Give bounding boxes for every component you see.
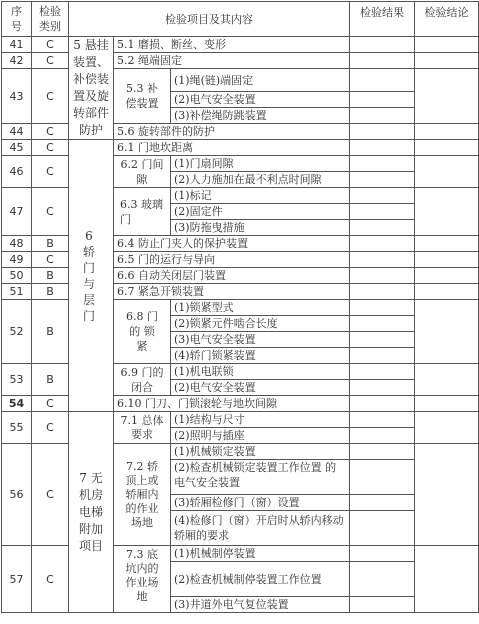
- seq-cell: 55: [2, 412, 32, 444]
- result-cell[interactable]: [350, 268, 415, 284]
- sub-item-cell: 5.3 补偿装置: [114, 69, 171, 124]
- result-cell[interactable]: [350, 460, 415, 495]
- conclusion-cell[interactable]: [415, 140, 479, 156]
- result-cell[interactable]: [350, 53, 415, 69]
- sub-item-cell: 6.2 门间隙: [114, 156, 171, 188]
- result-cell[interactable]: [350, 396, 415, 412]
- inspection-table: 序号 检验类别 检验项目及其内容 检验结果 检验结论 41 C 5 悬挂装置、补…: [1, 1, 479, 613]
- category-cell: C: [32, 252, 69, 268]
- result-cell[interactable]: [350, 204, 415, 220]
- conclusion-cell[interactable]: [415, 364, 479, 396]
- category-cell: B: [32, 364, 69, 396]
- seq-cell: 54: [2, 396, 32, 412]
- result-cell[interactable]: [350, 495, 415, 511]
- sub-item: (1)标记: [171, 188, 350, 204]
- seq-cell: 50: [2, 268, 32, 284]
- category-cell: C: [32, 124, 69, 140]
- result-cell[interactable]: [350, 364, 415, 380]
- header-seq: 序号: [2, 2, 32, 37]
- item-cell: 6.4 防止门夹人的保护装置: [114, 236, 350, 252]
- seq-cell: 47: [2, 188, 32, 236]
- sub-item: (2)电气安全装置: [171, 92, 350, 108]
- conclusion-cell[interactable]: [415, 300, 479, 364]
- seq-cell: 42: [2, 53, 32, 69]
- header-result: 检验结果: [350, 2, 415, 37]
- result-cell[interactable]: [350, 511, 415, 546]
- conclusion-cell[interactable]: [415, 156, 479, 188]
- result-cell[interactable]: [350, 156, 415, 172]
- item-cell: 6.6 自动关闭层门装置: [114, 268, 350, 284]
- sub-item: (2)照明与插座: [171, 428, 350, 444]
- seq-cell: 51: [2, 284, 32, 300]
- result-cell[interactable]: [350, 380, 415, 396]
- sub-item: (1)机电联锁: [171, 364, 350, 380]
- result-cell[interactable]: [350, 444, 415, 460]
- table-row: 55 C 7 无机房电梯附加项目 7.1 总体要求 (1)结构与尺寸: [2, 412, 479, 428]
- category-cell: C: [32, 396, 69, 412]
- item-cell: 5.2 绳端固定: [114, 53, 350, 69]
- result-cell[interactable]: [350, 284, 415, 300]
- sub-item: (4)检修门（窗）开启时从轿内移动轿厢的要求: [171, 511, 350, 546]
- group-6-cell: 6 轿门与层门: [69, 140, 114, 412]
- table-header: 序号 检验类别 检验项目及其内容 检验结果 检验结论: [2, 2, 479, 37]
- result-cell[interactable]: [350, 597, 415, 613]
- category-cell: C: [32, 188, 69, 236]
- conclusion-cell[interactable]: [415, 69, 479, 124]
- item-cell: 6.5 门的运行与导向: [114, 252, 350, 268]
- table-row: 45 C 6 轿门与层门 6.1 门地坎距离: [2, 140, 479, 156]
- result-cell[interactable]: [350, 92, 415, 108]
- conclusion-cell[interactable]: [415, 37, 479, 53]
- sub-item-cell: 7.2 轿顶上或轿厢内的作业场地: [114, 444, 171, 546]
- conclusion-cell[interactable]: [415, 188, 479, 236]
- category-cell: B: [32, 284, 69, 300]
- category-cell: C: [32, 53, 69, 69]
- sub-item: (1)门扇间隙: [171, 156, 350, 172]
- category-cell: B: [32, 268, 69, 284]
- seq-cell: 48: [2, 236, 32, 252]
- result-cell[interactable]: [350, 236, 415, 252]
- sub-item: (2)检查机械制停装置工作位置: [171, 562, 350, 597]
- seq-cell: 56: [2, 444, 32, 546]
- category-cell: C: [32, 444, 69, 546]
- result-cell[interactable]: [350, 332, 415, 348]
- conclusion-cell[interactable]: [415, 53, 479, 69]
- category-cell: C: [32, 69, 69, 124]
- result-cell[interactable]: [350, 348, 415, 364]
- result-cell[interactable]: [350, 140, 415, 156]
- result-cell[interactable]: [350, 188, 415, 204]
- seq-cell: 49: [2, 252, 32, 268]
- category-cell: C: [32, 156, 69, 188]
- result-cell[interactable]: [350, 316, 415, 332]
- sub-item: (2)固定件: [171, 204, 350, 220]
- sub-item: (1)锁紧型式: [171, 300, 350, 316]
- sub-item: (3)轿厢检修门（窗）设置: [171, 495, 350, 511]
- seq-cell: 57: [2, 546, 32, 613]
- conclusion-cell[interactable]: [415, 412, 479, 444]
- conclusion-cell[interactable]: [415, 252, 479, 268]
- result-cell[interactable]: [350, 69, 415, 92]
- sub-item-cell: 6.8 门 的 锁紧: [114, 300, 171, 364]
- conclusion-cell[interactable]: [415, 396, 479, 412]
- result-cell[interactable]: [350, 428, 415, 444]
- item-cell: 5.1 磨损、断丝、变形: [114, 37, 350, 53]
- result-cell[interactable]: [350, 562, 415, 597]
- header-category: 检验类别: [32, 2, 69, 37]
- sub-item-cell: 7.1 总体要求: [114, 412, 171, 444]
- conclusion-cell[interactable]: [415, 268, 479, 284]
- group-7-cell: 7 无机房电梯附加项目: [69, 412, 114, 613]
- sub-item-cell: 6.9 门的闭合: [114, 364, 171, 396]
- sub-item-cell: 6.3 玻璃门: [114, 188, 171, 236]
- category-cell: C: [32, 412, 69, 444]
- category-cell: C: [32, 546, 69, 613]
- table-row: 41 C 5 悬挂装置、补偿装置及旋转部件防护 5.1 磨损、断丝、变形: [2, 37, 479, 53]
- sub-item: (2)锁紧元件啮合长度: [171, 316, 350, 332]
- sub-item: (2)电气安全装置: [171, 380, 350, 396]
- sub-item: (1)结构与尺寸: [171, 412, 350, 428]
- result-cell[interactable]: [350, 412, 415, 428]
- seq-cell: 41: [2, 37, 32, 53]
- conclusion-cell[interactable]: [415, 236, 479, 252]
- item-cell: 6.1 门地坎距离: [114, 140, 350, 156]
- result-cell[interactable]: [350, 300, 415, 316]
- header-conclusion: 检验结论: [415, 2, 479, 37]
- item-cell: 5.6 旋转部件的防护: [114, 124, 350, 140]
- sub-item: (3)井道外电气复位装置: [171, 597, 350, 613]
- sub-item: (3)防拖曳措施: [171, 220, 350, 236]
- result-cell[interactable]: [350, 172, 415, 188]
- sub-item: (1)机械制停装置: [171, 546, 350, 562]
- item-cell: 6.7 紧急开锁装置: [114, 284, 350, 300]
- result-cell[interactable]: [350, 108, 415, 124]
- header-items: 检验项目及其内容: [69, 2, 350, 37]
- seq-cell: 44: [2, 124, 32, 140]
- result-cell[interactable]: [350, 37, 415, 53]
- category-cell: C: [32, 140, 69, 156]
- sub-item: (4)轿门锁紧装置: [171, 348, 350, 364]
- sub-item-cell: 7.3 底坑内的作业场地: [114, 546, 171, 613]
- conclusion-cell[interactable]: [415, 444, 479, 546]
- result-cell[interactable]: [350, 546, 415, 562]
- sub-item: (3)电气安全装置: [171, 332, 350, 348]
- category-cell: C: [32, 37, 69, 53]
- sub-item: (3)补偿绳防跳装置: [171, 108, 350, 124]
- result-cell[interactable]: [350, 252, 415, 268]
- sub-item: (1)绳(链)端固定: [171, 69, 350, 92]
- category-cell: B: [32, 300, 69, 364]
- conclusion-cell[interactable]: [415, 284, 479, 300]
- group-5-cell: 5 悬挂装置、补偿装置及旋转部件防护: [69, 37, 114, 140]
- item-cell: 6.10 门刀、门锁滚轮与地坎间隙: [114, 396, 350, 412]
- seq-cell: 53: [2, 364, 32, 396]
- result-cell[interactable]: [350, 220, 415, 236]
- conclusion-cell[interactable]: [415, 546, 479, 613]
- sub-item: (2)人力施加在最不利点时间隙: [171, 172, 350, 188]
- seq-cell: 43: [2, 69, 32, 124]
- seq-cell: 46: [2, 156, 32, 188]
- category-cell: B: [32, 236, 69, 252]
- seq-cell: 45: [2, 140, 32, 156]
- sub-item: (1)机械锁定装置: [171, 444, 350, 460]
- seq-cell: 52: [2, 300, 32, 364]
- conclusion-cell[interactable]: [415, 124, 479, 140]
- sub-item: (2)检查机械锁定装置工作位置 的电气安全装置: [171, 460, 350, 495]
- result-cell[interactable]: [350, 124, 415, 140]
